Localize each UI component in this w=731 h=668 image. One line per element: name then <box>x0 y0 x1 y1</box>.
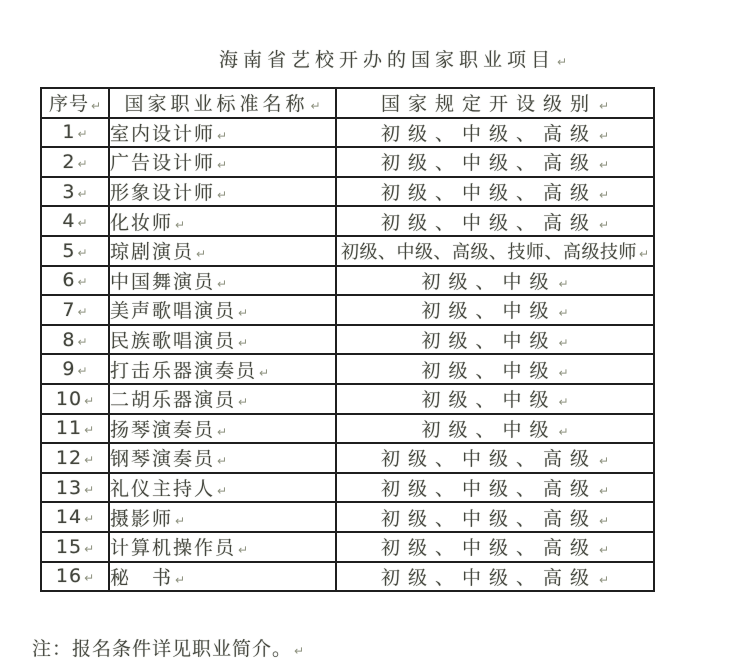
footnote: 注：报名条件详见职业简介。↵ <box>32 634 304 661</box>
paragraph-mark-icon: ↵ <box>558 366 568 380</box>
row-number-cell-text: 3 <box>62 181 75 203</box>
row-number-cell-text: 13 <box>56 477 82 499</box>
row-number-cell-text: 14 <box>56 506 82 528</box>
occupation-name-cell-text: 美声歌唱演员 <box>110 300 236 322</box>
occupation-name-cell: 计算机操作员↵ <box>109 532 336 562</box>
occupation-name-cell: 扬琴演奏员↵ <box>109 414 336 444</box>
levels-cell: 初级、中级、高级↵ <box>336 206 654 236</box>
row-number-cell-text: 12 <box>56 447 82 469</box>
table-header-row: 序号↵国家职业标准名称↵国家规定开设级别↵ <box>41 88 654 118</box>
row-number-cell: 7↵ <box>41 295 109 325</box>
occupation-name-cell-text: 打击乐器演奏员 <box>110 360 257 382</box>
occupation-name-cell: 形象设计师↵ <box>109 177 336 207</box>
paragraph-mark-icon: ↵ <box>84 542 94 556</box>
levels-cell-text: 初级、中级、高级 <box>381 478 597 500</box>
occupation-name-cell: 广告设计师↵ <box>109 147 336 177</box>
row-number-cell: 1↵ <box>41 118 109 148</box>
occupation-name-cell: 室内设计师↵ <box>109 118 336 148</box>
occupation-name-cell-text: 计算机操作员 <box>110 537 236 559</box>
occupation-name-cell-text: 室内设计师 <box>110 123 215 145</box>
paragraph-mark-icon: ↵ <box>599 514 609 528</box>
paragraph-mark-icon: ↵ <box>84 512 94 526</box>
row-number-cell-text: 10 <box>56 388 82 410</box>
levels-cell-text: 初级、中级、高级 <box>381 123 597 145</box>
table-row: 7↵美声歌唱演员↵初级、中级↵ <box>41 295 654 325</box>
row-number-cell-text: 4 <box>62 210 75 232</box>
table-row: 16↵秘 书↵初级、中级、高级↵ <box>41 562 654 592</box>
row-number-cell-text: 1 <box>62 121 75 143</box>
paragraph-mark-icon: ↵ <box>294 644 304 658</box>
occupation-name-cell-text: 中国舞演员 <box>110 271 215 293</box>
row-number-cell: 14↵ <box>41 502 109 532</box>
occupation-name-cell-text: 二胡乐器演员 <box>110 389 236 411</box>
occupation-name-cell: 礼仪主持人↵ <box>109 473 336 503</box>
header-no: 序号↵ <box>41 88 109 118</box>
levels-cell-text: 初级、中级、高级 <box>381 182 597 204</box>
paragraph-mark-icon: ↵ <box>238 543 248 557</box>
paragraph-mark-icon: ↵ <box>599 484 609 498</box>
levels-cell-text: 初级、中级、高级、技师、高级技师 <box>341 242 637 263</box>
occupation-name-cell-text: 摄影师 <box>110 508 173 530</box>
levels-cell-text: 初级、中级 <box>421 360 556 382</box>
occupation-name-cell-text: 钢琴演奏员 <box>110 448 215 470</box>
levels-cell: 初级、中级↵ <box>336 354 654 384</box>
paragraph-mark-icon: ↵ <box>217 454 227 468</box>
paragraph-mark-icon: ↵ <box>599 218 609 232</box>
row-number-cell: 9↵ <box>41 354 109 384</box>
row-number-cell: 16↵ <box>41 562 109 592</box>
table-row: 3↵形象设计师↵初级、中级、高级↵ <box>41 177 654 207</box>
table-row: 5↵琼剧演员↵初级、中级、高级、技师、高级技师↵ <box>41 236 654 266</box>
row-number-cell: 6↵ <box>41 266 109 296</box>
occupation-name-cell: 美声歌唱演员↵ <box>109 295 336 325</box>
levels-cell-text: 初级、中级、高级 <box>381 152 597 174</box>
occupation-name-cell: 化妆师↵ <box>109 206 336 236</box>
table-body: 1↵室内设计师↵初级、中级、高级↵2↵广告设计师↵初级、中级、高级↵3↵形象设计… <box>41 118 654 592</box>
paragraph-mark-icon: ↵ <box>599 543 609 557</box>
paragraph-mark-icon: ↵ <box>217 129 227 143</box>
levels-cell: 初级、中级、高级↵ <box>336 502 654 532</box>
paragraph-mark-icon: ↵ <box>557 55 567 69</box>
table-row: 1↵室内设计师↵初级、中级、高级↵ <box>41 118 654 148</box>
table-row: 12↵钢琴演奏员↵初级、中级、高级↵ <box>41 443 654 473</box>
page-title-text: 海南省艺校开办的国家职业项目 <box>219 49 555 71</box>
levels-cell: 初级、中级、高级↵ <box>336 562 654 592</box>
row-number-cell: 4↵ <box>41 206 109 236</box>
occupation-name-cell: 秘 书↵ <box>109 562 336 592</box>
occupation-name-cell-text: 秘 书 <box>110 567 173 589</box>
levels-cell-text: 初级、中级 <box>421 419 556 441</box>
paragraph-mark-icon: ↵ <box>599 129 609 143</box>
paragraph-mark-icon: ↵ <box>175 514 185 528</box>
row-number-cell-text: 11 <box>56 417 82 439</box>
row-number-cell: 8↵ <box>41 325 109 355</box>
levels-cell: 初级、中级、高级↵ <box>336 147 654 177</box>
levels-cell-text: 初级、中级 <box>421 300 556 322</box>
row-number-cell-text: 16 <box>56 565 82 587</box>
paragraph-mark-icon: ↵ <box>558 336 568 350</box>
header-levels: 国家规定开设级别↵ <box>336 88 654 118</box>
table-row: 4↵化妆师↵初级、中级、高级↵ <box>41 206 654 236</box>
table-row: 15↵计算机操作员↵初级、中级、高级↵ <box>41 532 654 562</box>
paragraph-mark-icon: ↵ <box>84 394 94 408</box>
occupation-name-cell-text: 化妆师 <box>110 212 173 234</box>
paragraph-mark-icon: ↵ <box>78 157 88 171</box>
paragraph-mark-icon: ↵ <box>196 247 206 261</box>
header-levels-text: 国家规定开设级别 <box>381 93 597 115</box>
paragraph-mark-icon: ↵ <box>558 395 568 409</box>
row-number-cell-text: 7 <box>62 299 75 321</box>
header-name: 国家职业标准名称↵ <box>109 88 336 118</box>
paragraph-mark-icon: ↵ <box>558 277 568 291</box>
paragraph-mark-icon: ↵ <box>599 454 609 468</box>
levels-cell: 初级、中级↵ <box>336 414 654 444</box>
paragraph-mark-icon: ↵ <box>78 364 88 378</box>
occupation-name-cell-text: 礼仪主持人 <box>110 478 215 500</box>
paragraph-mark-icon: ↵ <box>91 99 101 113</box>
paragraph-mark-icon: ↵ <box>78 187 88 201</box>
levels-cell: 初级、中级↵ <box>336 295 654 325</box>
levels-cell-text: 初级、中级、高级 <box>381 567 597 589</box>
paragraph-mark-icon: ↵ <box>599 573 609 587</box>
table-row: 10↵二胡乐器演员↵初级、中级↵ <box>41 384 654 414</box>
levels-cell: 初级、中级↵ <box>336 384 654 414</box>
paragraph-mark-icon: ↵ <box>639 247 649 261</box>
levels-cell: 初级、中级↵ <box>336 266 654 296</box>
row-number-cell-text: 15 <box>56 536 82 558</box>
row-number-cell-text: 8 <box>62 329 75 351</box>
levels-cell: 初级、中级↵ <box>336 325 654 355</box>
occupation-name-cell: 钢琴演奏员↵ <box>109 443 336 473</box>
table-row: 2↵广告设计师↵初级、中级、高级↵ <box>41 147 654 177</box>
paragraph-mark-icon: ↵ <box>599 188 609 202</box>
paragraph-mark-icon: ↵ <box>175 573 185 587</box>
occupation-name-cell: 民族歌唱演员↵ <box>109 325 336 355</box>
occupation-name-cell: 琼剧演员↵ <box>109 236 336 266</box>
paragraph-mark-icon: ↵ <box>175 218 185 232</box>
row-number-cell: 13↵ <box>41 473 109 503</box>
levels-cell: 初级、中级、高级↵ <box>336 177 654 207</box>
row-number-cell: 5↵ <box>41 236 109 266</box>
paragraph-mark-icon: ↵ <box>217 484 227 498</box>
paragraph-mark-icon: ↵ <box>599 99 609 113</box>
row-number-cell: 3↵ <box>41 177 109 207</box>
row-number-cell: 10↵ <box>41 384 109 414</box>
levels-cell-text: 初级、中级、高级 <box>381 508 597 530</box>
row-number-cell: 15↵ <box>41 532 109 562</box>
levels-cell-text: 初级、中级 <box>421 389 556 411</box>
levels-cell-text: 初级、中级、高级 <box>381 212 597 234</box>
page-title: 海南省艺校开办的国家职业项目↵ <box>55 45 731 72</box>
occupation-name-cell: 摄影师↵ <box>109 502 336 532</box>
row-number-cell-text: 2 <box>62 151 75 173</box>
table-row: 8↵民族歌唱演员↵初级、中级↵ <box>41 325 654 355</box>
paragraph-mark-icon: ↵ <box>78 275 88 289</box>
occupations-table: 序号↵国家职业标准名称↵国家规定开设级别↵ 1↵室内设计师↵初级、中级、高级↵2… <box>40 87 655 592</box>
row-number-cell-text: 6 <box>62 269 75 291</box>
paragraph-mark-icon: ↵ <box>558 306 568 320</box>
table-row: 11↵扬琴演奏员↵初级、中级↵ <box>41 414 654 444</box>
paragraph-mark-icon: ↵ <box>78 305 88 319</box>
paragraph-mark-icon: ↵ <box>558 425 568 439</box>
footnote-text: 注：报名条件详见职业简介。 <box>32 638 292 660</box>
paragraph-mark-icon: ↵ <box>84 423 94 437</box>
paragraph-mark-icon: ↵ <box>78 335 88 349</box>
row-number-cell-text: 9 <box>62 358 75 380</box>
occupation-name-cell: 打击乐器演奏员↵ <box>109 354 336 384</box>
table-row: 6↵中国舞演员↵初级、中级↵ <box>41 266 654 296</box>
header-name-text: 国家职业标准名称 <box>124 93 308 115</box>
levels-cell-text: 初级、中级、高级 <box>381 537 597 559</box>
occupation-name-cell: 二胡乐器演员↵ <box>109 384 336 414</box>
paragraph-mark-icon: ↵ <box>259 366 269 380</box>
paragraph-mark-icon: ↵ <box>217 188 227 202</box>
occupation-name-cell: 中国舞演员↵ <box>109 266 336 296</box>
paragraph-mark-icon: ↵ <box>78 216 88 230</box>
levels-cell-text: 初级、中级 <box>421 330 556 352</box>
paragraph-mark-icon: ↵ <box>238 395 248 409</box>
occupation-name-cell-text: 琼剧演员 <box>110 241 194 263</box>
paragraph-mark-icon: ↵ <box>238 306 248 320</box>
paragraph-mark-icon: ↵ <box>217 158 227 172</box>
table-row: 9↵打击乐器演奏员↵初级、中级↵ <box>41 354 654 384</box>
occupation-name-cell-text: 民族歌唱演员 <box>110 330 236 352</box>
levels-cell: 初级、中级、高级↵ <box>336 473 654 503</box>
paragraph-mark-icon: ↵ <box>84 453 94 467</box>
paragraph-mark-icon: ↵ <box>78 127 88 141</box>
levels-cell: 初级、中级、高级、技师、高级技师↵ <box>336 236 654 266</box>
occupation-name-cell-text: 形象设计师 <box>110 182 215 204</box>
levels-cell: 初级、中级、高级↵ <box>336 532 654 562</box>
table-row: 14↵摄影师↵初级、中级、高级↵ <box>41 502 654 532</box>
paragraph-mark-icon: ↵ <box>84 571 94 585</box>
paragraph-mark-icon: ↵ <box>217 425 227 439</box>
paragraph-mark-icon: ↵ <box>599 158 609 172</box>
row-number-cell: 12↵ <box>41 443 109 473</box>
occupation-name-cell-text: 广告设计师 <box>110 152 215 174</box>
levels-cell-text: 初级、中级 <box>421 271 556 293</box>
levels-cell: 初级、中级、高级↵ <box>336 443 654 473</box>
row-number-cell-text: 5 <box>62 240 75 262</box>
row-number-cell: 11↵ <box>41 414 109 444</box>
occupation-name-cell-text: 扬琴演奏员 <box>110 419 215 441</box>
paragraph-mark-icon: ↵ <box>217 277 227 291</box>
header-no-text: 序号 <box>49 93 89 115</box>
row-number-cell: 2↵ <box>41 147 109 177</box>
paragraph-mark-icon: ↵ <box>84 483 94 497</box>
levels-cell: 初级、中级、高级↵ <box>336 118 654 148</box>
levels-cell-text: 初级、中级、高级 <box>381 448 597 470</box>
paragraph-mark-icon: ↵ <box>78 246 88 260</box>
table-row: 13↵礼仪主持人↵初级、中级、高级↵ <box>41 473 654 503</box>
paragraph-mark-icon: ↵ <box>310 99 320 113</box>
paragraph-mark-icon: ↵ <box>238 336 248 350</box>
